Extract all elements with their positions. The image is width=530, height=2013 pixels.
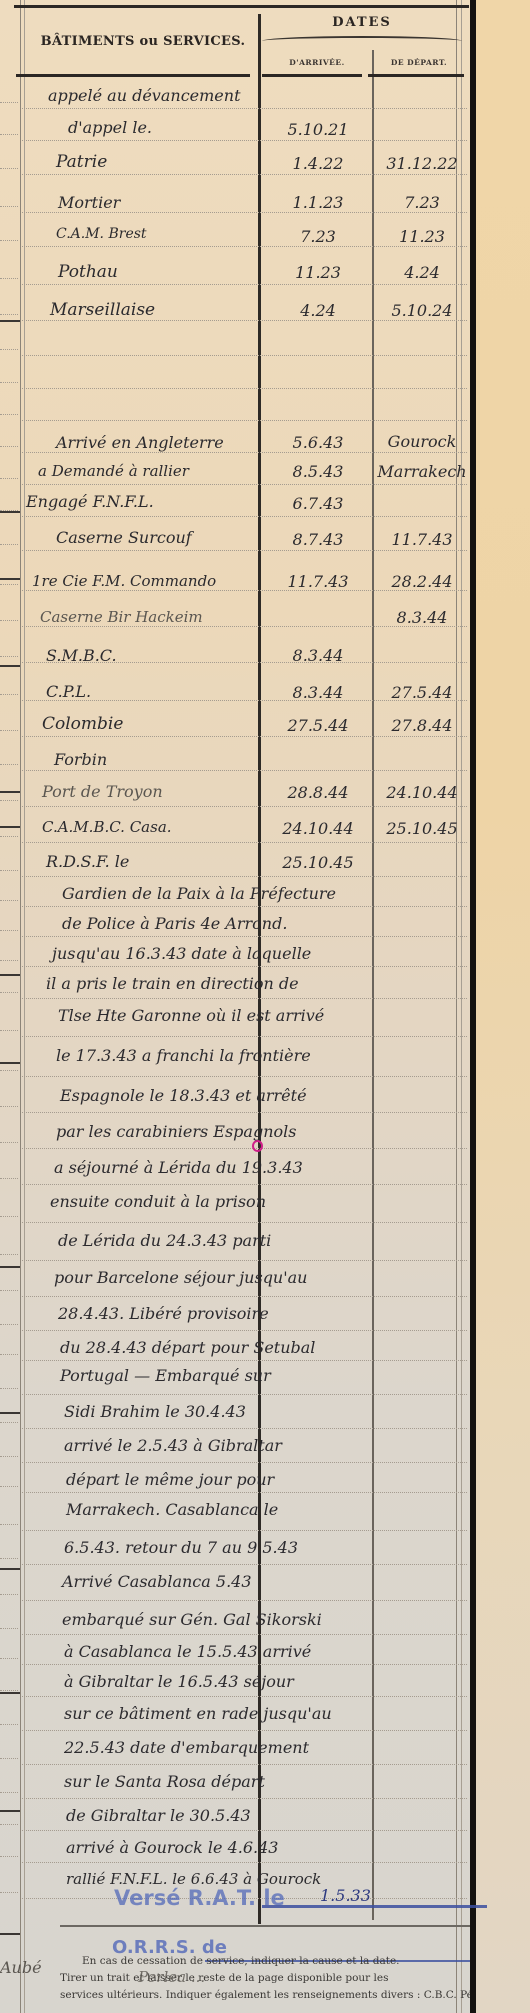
row-ruling (22, 140, 467, 141)
header-departure: DE DÉPART. (374, 58, 464, 67)
row-ruling (22, 1634, 467, 1635)
narrative-line: jusqu'au 16.3.43 date à laquelle (52, 944, 311, 963)
service-entry: C.A.M. Brest (56, 226, 147, 242)
row-ruling (22, 108, 467, 109)
row-ruling (22, 388, 467, 389)
arrival-date: 5.10.21 (270, 120, 366, 139)
narrative-line: Tlse Hte Garonne où il est arrivé (58, 1006, 324, 1025)
row-ruling (22, 1564, 467, 1565)
departure-place: Gourock (376, 432, 468, 451)
narrative-line: sur le Santa Rosa départ (64, 1772, 265, 1791)
row-ruling (22, 516, 467, 517)
row-ruling (22, 320, 467, 321)
margin-dash (0, 578, 20, 580)
margin-ruling (0, 349, 18, 350)
row-ruling (22, 842, 467, 843)
margin-ruling (0, 1724, 18, 1725)
margin-ruling (0, 836, 18, 837)
printed-instruction-line: Tirer un trait et laisser le reste de la… (60, 1972, 470, 1984)
narrative-line: arrivé à Gourock le 4.6.43 (66, 1838, 278, 1857)
row-ruling (22, 1462, 467, 1463)
margin-ruling (0, 1856, 18, 1857)
departure-date: 31.12.22 (376, 154, 468, 173)
margin-ruling (0, 620, 18, 621)
row-ruling (22, 1184, 467, 1185)
row-ruling (22, 1394, 467, 1395)
handwritten-signature: Perlea ... (138, 1968, 205, 1986)
margin-ruling (0, 278, 18, 279)
top-rule (14, 5, 469, 8)
margin-ruling (0, 314, 18, 315)
margin-ruling (0, 134, 18, 135)
margin-ruling (0, 1070, 18, 1071)
service-entry: C.A.M.B.C. Casa. (42, 818, 172, 836)
margin-ruling (0, 544, 18, 545)
margin-ruling (0, 1758, 18, 1759)
margin-ruling (0, 478, 18, 479)
margin-ruling (0, 1216, 18, 1217)
row-ruling (22, 1862, 467, 1863)
arrival-date: 5.6.43 (270, 433, 366, 452)
margin-ruling (0, 1558, 18, 1559)
margin-ruling (0, 1792, 18, 1793)
row-ruling (22, 1492, 467, 1493)
narrative-line: embarqué sur Gén. Gal Sikorski (62, 1610, 322, 1629)
arrival-date: 8.3.44 (270, 683, 366, 702)
row-ruling (22, 1296, 467, 1297)
row-ruling (22, 998, 467, 999)
narrative-line: Sidi Brahim le 30.4.43 (64, 1402, 246, 1421)
margin-dash (0, 511, 20, 513)
departure-date: 24.10.44 (376, 783, 468, 802)
margin-dash (0, 1568, 20, 1570)
margin-dash (0, 1692, 20, 1694)
row-ruling (22, 1696, 467, 1697)
service-entry: d'appel le. (68, 118, 152, 137)
margin-ruling (0, 1290, 18, 1291)
stamp-date: 1.5.33 (320, 1886, 371, 1905)
row-ruling (22, 284, 467, 285)
row-ruling (22, 736, 467, 737)
departure-date: 25.10.45 (376, 819, 468, 838)
margin-ruling (0, 1628, 18, 1629)
narrative-line: pour Barcelone séjour jusqu'au (54, 1268, 307, 1287)
margin-dash (0, 1933, 20, 1935)
margin-dash (0, 826, 20, 828)
header-underline-services (16, 74, 250, 77)
margin-ruling (0, 992, 18, 993)
header-underline-departure (368, 74, 464, 77)
margin-dash (0, 1266, 20, 1268)
arrival-date: 4.24 (270, 301, 366, 320)
narrative-line: Marrakech. Casablanca le (66, 1500, 278, 1519)
narrative-line: Gardien de la Paix à la Préfecture (62, 884, 336, 903)
margin-ruling (0, 584, 18, 585)
row-ruling (22, 1330, 467, 1331)
margin-ruling (0, 1142, 18, 1143)
column-divider-services (258, 14, 261, 1924)
narrative-line: il a pris le train en direction de (46, 974, 299, 993)
arrival-date: 24.10.44 (270, 819, 366, 838)
margin-ruling (0, 1388, 18, 1389)
row-ruling (22, 906, 467, 907)
margin-ruling (0, 1354, 18, 1355)
margin-dash (0, 1412, 20, 1414)
margin-dash (0, 1810, 20, 1812)
margin-ruling (0, 900, 18, 901)
service-entry: S.M.B.C. (46, 646, 117, 665)
margin-ruling (0, 764, 18, 765)
margin-ruling (0, 1324, 18, 1325)
narrative-line: le 17.3.43 a franchi la frontière (56, 1046, 311, 1065)
row-ruling (22, 355, 467, 356)
narrative-line: Arrivé Casablanca 5.43 (62, 1572, 252, 1591)
arrival-date: 27.5.44 (270, 716, 366, 735)
narrative-line: sur ce bâtiment en rade jusqu'au (64, 1704, 332, 1723)
narrative-line: du 28.4.43 départ pour Setubal (60, 1338, 315, 1357)
row-ruling (22, 550, 467, 551)
margin-ruling (0, 1254, 18, 1255)
departure-date: 11.7.43 (376, 530, 468, 549)
arrival-date: 8.7.43 (270, 530, 366, 549)
margin-dash (0, 974, 20, 976)
row-ruling (22, 174, 467, 175)
row-ruling (22, 1830, 467, 1831)
narrative-line: à Casablanca le 15.5.43 arrivé (64, 1642, 311, 1661)
dates-brace (262, 36, 462, 46)
service-entry: C.P.L. (46, 682, 91, 701)
row-ruling (22, 484, 467, 485)
margin-dash (0, 791, 20, 793)
row-ruling (22, 876, 467, 877)
margin-dash (0, 1062, 20, 1064)
departure-date: 28.2.44 (376, 572, 468, 591)
row-ruling (22, 1148, 467, 1149)
arrival-date: 7.23 (270, 227, 366, 246)
arrival-date: 8.5.43 (270, 462, 366, 481)
margin-ruling (0, 1824, 18, 1825)
margin-ruling (0, 102, 18, 103)
row-ruling (22, 212, 467, 213)
row-ruling (22, 770, 467, 771)
left-frame-line (20, 0, 21, 2013)
service-entry: Port de Troyon (42, 782, 163, 801)
narrative-line: Espagnole le 18.3.43 et arrêté (60, 1086, 307, 1105)
narrative-line: de Lérida du 24.3.43 parti (58, 1231, 271, 1250)
row-ruling (22, 246, 467, 247)
departure-date: 27.5.44 (376, 683, 468, 702)
service-entry: 1re Cie F.M. Commando (32, 572, 216, 590)
margin-ruling (0, 240, 18, 241)
service-entry: Colombie (42, 714, 123, 734)
row-ruling (22, 1360, 467, 1361)
departure-date: 8.3.44 (376, 608, 468, 627)
printed-instruction-line: services ultérieurs. Indiquer également … (60, 1989, 470, 2001)
service-entry: Patrie (56, 152, 107, 172)
row-ruling (22, 1600, 467, 1601)
service-entry: Pothau (58, 262, 118, 282)
narrative-line: ensuite conduit à la prison (50, 1192, 266, 1211)
narrative-line: Portugal — Embarqué sur (60, 1366, 271, 1385)
margin-ruling (0, 168, 18, 169)
margin-ruling (0, 694, 18, 695)
arrival-date: 11.7.43 (270, 572, 366, 591)
row-ruling (22, 1428, 467, 1429)
narrative-line: de Police à Paris 4e Arrond. (62, 914, 287, 933)
margin-ruling (0, 730, 18, 731)
margin-ruling (0, 1690, 18, 1691)
header-dates: DATES (262, 15, 462, 30)
departure-place: Marrakech (376, 462, 468, 481)
margin-ruling (0, 1594, 18, 1595)
departure-date: 7.23 (376, 193, 468, 212)
service-entry: Mortier (58, 193, 120, 212)
stamp-underline (262, 1905, 487, 1908)
margin-ruling (0, 656, 18, 657)
arrival-date: 1.1.23 (270, 193, 366, 212)
printed-instruction-line: En cas de cessation de service, indiquer… (60, 1955, 492, 1967)
margin-ruling (0, 960, 18, 961)
pink-ink-mark (252, 1140, 263, 1152)
arrival-date: 1.4.22 (270, 154, 366, 173)
margin-ruling (0, 1658, 18, 1659)
row-ruling (22, 1798, 467, 1799)
service-entry: Engagé F.N.F.L. (26, 492, 154, 511)
row-ruling (22, 1764, 467, 1765)
margin-note: Aubé (0, 1958, 42, 1977)
margin-ruling (0, 930, 18, 931)
service-entry: Caserne Surcouf (56, 528, 192, 547)
margin-dash (0, 320, 20, 322)
service-entry: Caserne Bir Hackeim (40, 608, 203, 626)
row-ruling (22, 1664, 467, 1665)
arrival-date: 28.8.44 (270, 783, 366, 802)
header-services: BÂTIMENTS ou SERVICES. (38, 34, 248, 49)
margin-ruling (0, 1178, 18, 1179)
service-entry: appelé au dévancement (48, 86, 241, 105)
departure-date: 4.24 (376, 263, 468, 282)
row-ruling (22, 1530, 467, 1531)
departure-date: 27.8.44 (376, 716, 468, 735)
margin-ruling (0, 1422, 18, 1423)
margin-ruling (0, 1486, 18, 1487)
row-ruling (22, 1730, 467, 1731)
row-ruling (22, 1076, 467, 1077)
narrative-line: de Gibraltar le 30.5.43 (66, 1806, 251, 1825)
row-ruling (22, 1036, 467, 1037)
stamp-verse-rat: Versé R.A.T. le (114, 1886, 285, 1910)
margin-ruling (0, 414, 18, 415)
page-edge-margin (476, 0, 530, 2013)
service-entry: Marseillaise (50, 300, 155, 320)
service-entry: Forbin (54, 750, 107, 769)
row-ruling (22, 452, 467, 453)
arrival-date: 6.7.43 (270, 494, 366, 513)
header-underline-arrival (262, 74, 362, 77)
column-divider-dates (372, 50, 374, 1920)
right-frame-border (470, 0, 476, 2013)
margin-ruling (0, 206, 18, 207)
margin-ruling (0, 870, 18, 871)
row-ruling (22, 966, 467, 967)
footer-rule (60, 1925, 470, 1927)
departure-date: 5.10.24 (376, 301, 468, 320)
row-ruling (22, 1260, 467, 1261)
row-ruling (22, 1222, 467, 1223)
arrival-date: 11.23 (270, 263, 366, 282)
margin-ruling (0, 800, 18, 801)
service-entry: a Demandé à rallier (38, 462, 189, 480)
row-ruling (22, 1112, 467, 1113)
arrival-date: 25.10.45 (270, 853, 366, 872)
narrative-line: à Gibraltar le 16.5.43 séjour (64, 1672, 294, 1691)
narrative-line: 22.5.43 date d'embarquement (64, 1738, 309, 1757)
row-ruling (22, 806, 467, 807)
margin-ruling (0, 382, 18, 383)
arrival-date: 8.3.44 (270, 646, 366, 665)
departure-date: 11.23 (376, 227, 468, 246)
narrative-line: a séjourné à Lérida du 19.3.43 (54, 1158, 303, 1177)
row-ruling (22, 936, 467, 937)
margin-ruling (0, 1456, 18, 1457)
margin-ruling (0, 446, 18, 447)
narrative-line: par les carabiniers Espagnols (56, 1122, 296, 1141)
header-arrival: D'ARRIVÉE. (262, 58, 372, 67)
margin-ruling (0, 1524, 18, 1525)
service-entry: R.D.S.F. le (46, 852, 129, 871)
narrative-line: 6.5.43. retour du 7 au 9.5.43 (64, 1538, 298, 1557)
service-entry: Arrivé en Angleterre (56, 433, 224, 452)
margin-ruling (0, 1892, 18, 1893)
row-ruling (22, 420, 467, 421)
narrative-line: 28.4.43. Libéré provisoire (58, 1304, 269, 1323)
margin-ruling (0, 1106, 18, 1107)
narrative-line: arrivé le 2.5.43 à Gibraltar (64, 1436, 282, 1455)
narrative-line: départ le même jour pour (66, 1470, 274, 1489)
margin-dash (0, 665, 20, 667)
left-frame-line-inner (24, 0, 25, 2013)
margin-ruling (0, 1030, 18, 1031)
